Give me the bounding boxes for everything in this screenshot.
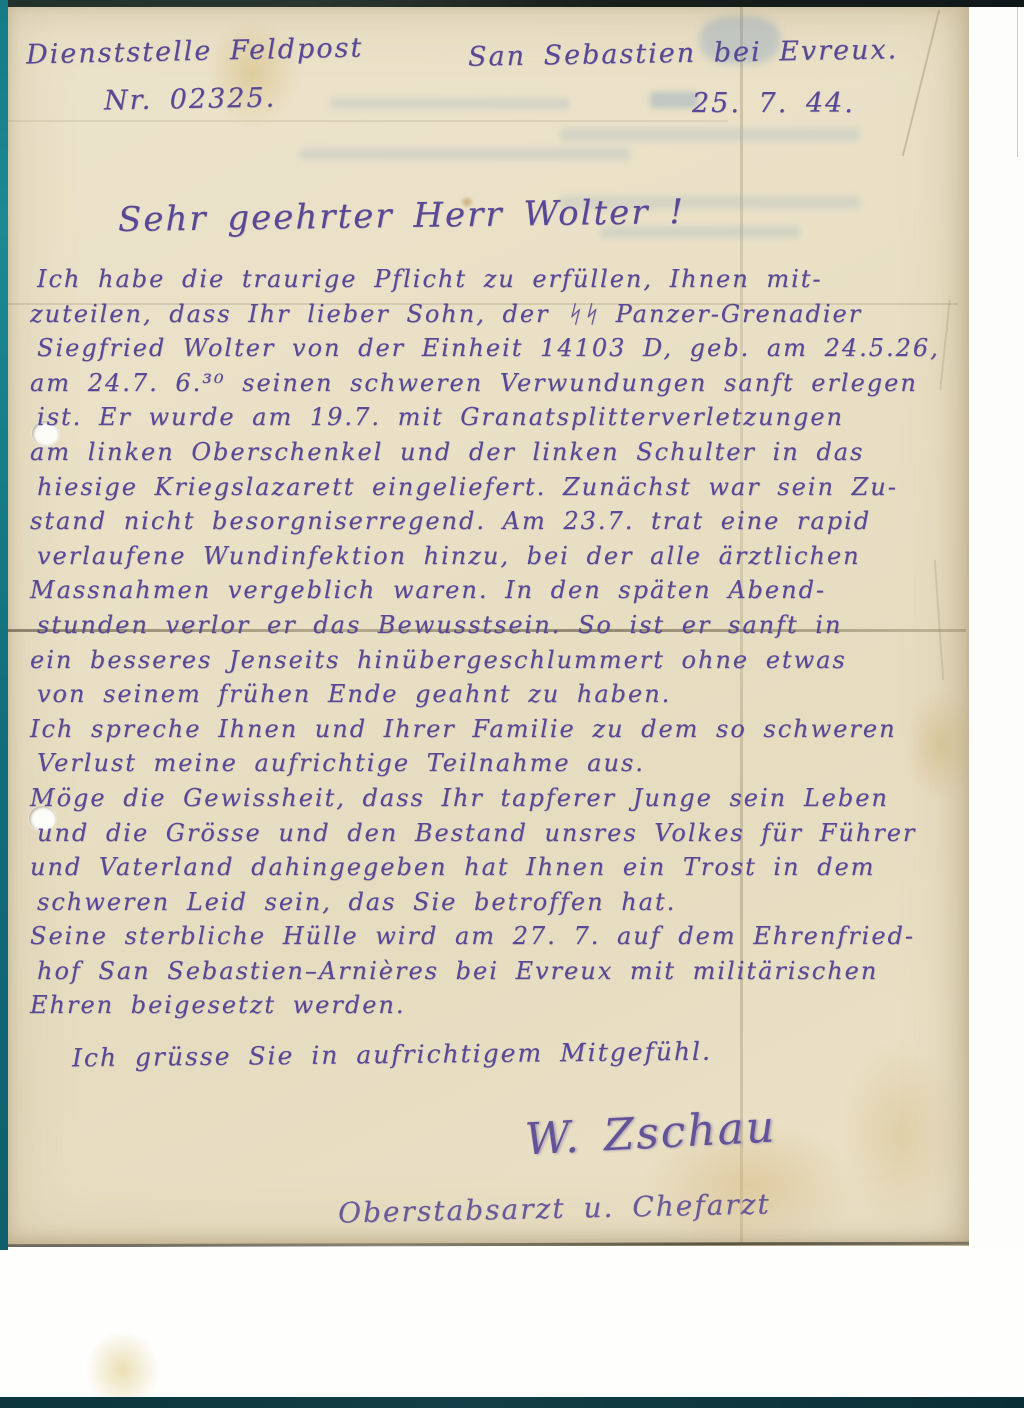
- scan-edge-left: [0, 0, 8, 1250]
- body-line: Ich habe die traurige Pflicht zu erfülle…: [37, 262, 970, 297]
- body-line: stand nicht besorgniserregend. Am 23.7. …: [30, 504, 970, 539]
- paper-stain: [840, 1040, 960, 1230]
- bleedthrough-mark: [560, 128, 860, 141]
- faint-crease: [8, 120, 728, 122]
- body-line: am 24.7. 6.³⁰ seinen schweren Verwundung…: [30, 366, 970, 401]
- body-line: verlaufene Wundinfektion hinzu, bei der …: [37, 539, 970, 574]
- body-line: hof San Sebastien–Arnières bei Evreux mi…: [37, 954, 970, 989]
- body-line: ein besseres Jenseits hinübergeschlummer…: [30, 643, 970, 678]
- body-line: Ehren beigesetzt werden.: [30, 988, 970, 1023]
- scanned-letter-page: Dienststelle Feldpost Nr. 02325. San Seb…: [0, 0, 1024, 1408]
- scanner-background-right: [969, 7, 1024, 1397]
- body-line: Möge die Gewissheit, dass Ihr tapferer J…: [30, 781, 970, 816]
- scan-artifact-line: [1017, 7, 1018, 157]
- body-line: stunden verlor er das Bewusstsein. So is…: [37, 608, 970, 643]
- body-line: Siegfried Wolter von der Einheit 14103 D…: [37, 331, 970, 366]
- letter-body: Ich habe die traurige Pflicht zu erfülle…: [30, 262, 970, 1023]
- body-line: Verlust meine aufrichtige Teilnahme aus.: [37, 746, 970, 781]
- scan-edge-bottom: [0, 1397, 1024, 1408]
- body-line: und Vaterland dahingegeben hat Ihnen ein…: [30, 850, 970, 885]
- body-line: von seinem frühen Ende geahnt zu haben.: [37, 677, 970, 712]
- body-line: Massnahmen vergeblich waren. In den spät…: [30, 573, 970, 608]
- body-line: Seine sterbliche Hülle wird am 27. 7. au…: [30, 919, 970, 954]
- body-line: und die Grösse und den Bestand unsres Vo…: [37, 816, 970, 851]
- date-line: 25. 7. 44.: [692, 88, 855, 119]
- body-line: Ich spreche Ihnen und Ihrer Familie zu d…: [30, 712, 970, 747]
- body-line: hiesige Kriegslazarett eingeliefert. Zun…: [37, 470, 970, 505]
- body-line: am linken Oberschenkel und der linken Sc…: [30, 435, 970, 470]
- ink-smudge: [650, 92, 698, 108]
- scan-edge-top: [0, 0, 1024, 7]
- bleedthrough-mark: [330, 98, 570, 109]
- body-line: ist. Er wurde am 19.7. mit Granatsplitte…: [37, 400, 970, 435]
- body-line: zuteilen, dass Ihr lieber Sohn, der ᛋᛋ P…: [30, 297, 970, 332]
- salutation: Sehr geehrter Herr Wolter !: [118, 192, 685, 240]
- bleedthrough-mark: [300, 148, 630, 160]
- body-line: schweren Leid sein, das Sie betroffen ha…: [37, 885, 970, 920]
- fieldpost-number: Nr. 02325.: [104, 82, 277, 116]
